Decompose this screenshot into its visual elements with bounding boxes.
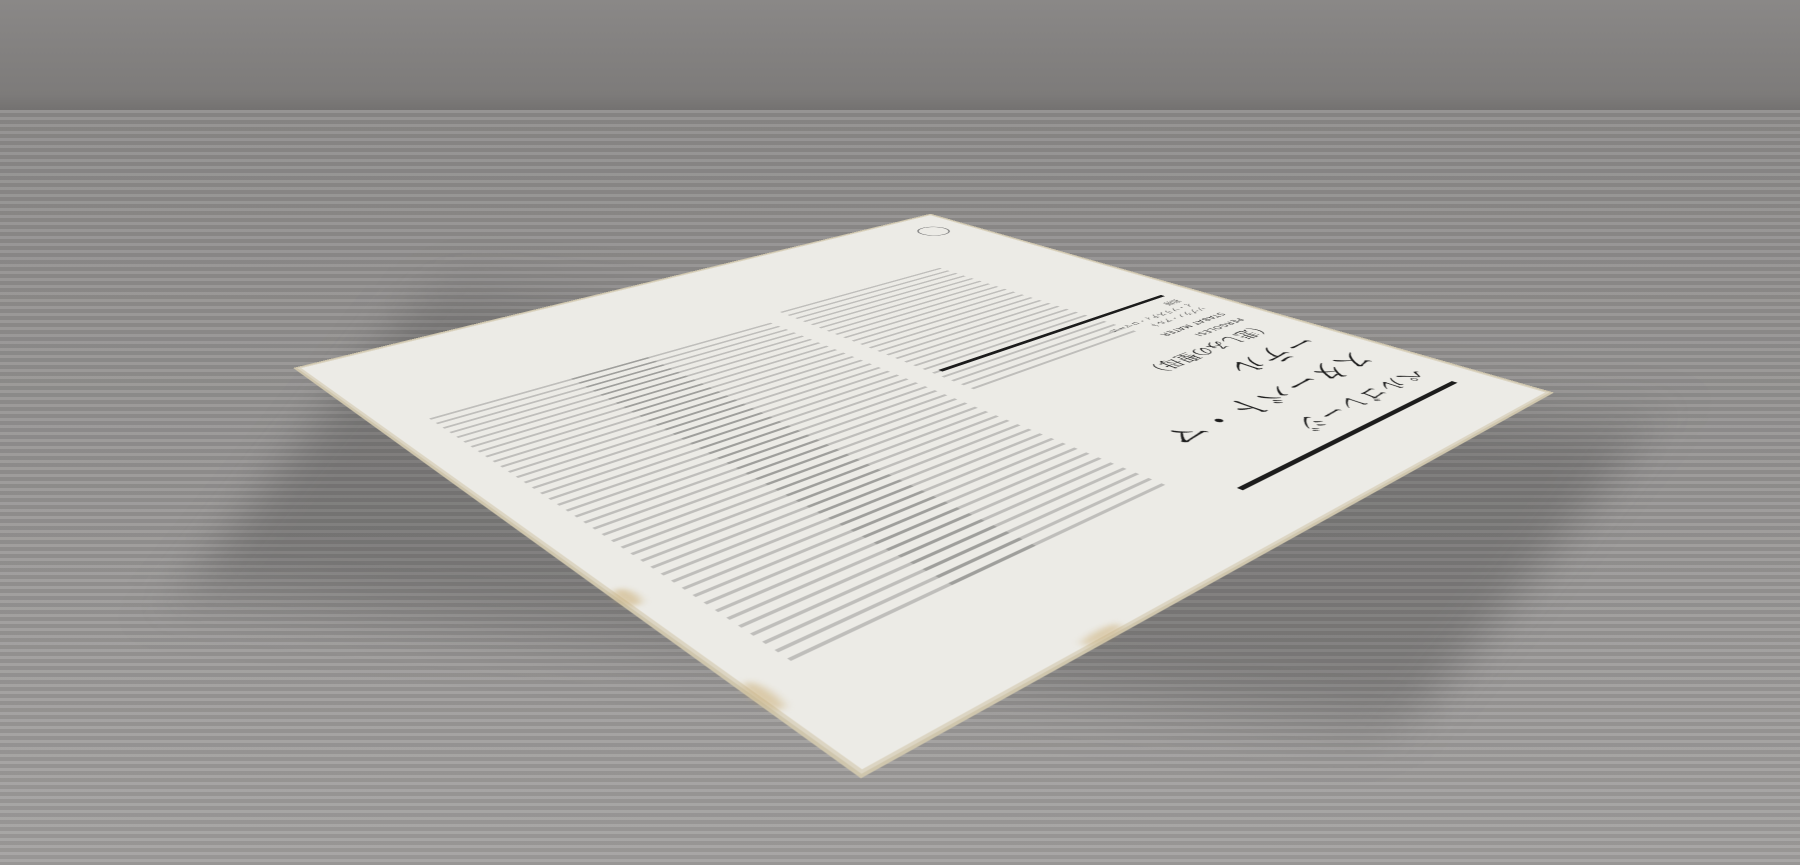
- label-logo-icon: [911, 225, 957, 238]
- lp-sleeve-back: ペルゴレージ スターバト・マーテル （悲しみの聖母） PERGOLESI STA…: [301, 215, 1545, 769]
- scene: ペルゴレージ スターバト・マーテル （悲しみの聖母） PERGOLESI STA…: [0, 0, 1800, 865]
- printed-content: ペルゴレージ スターバト・マーテル （悲しみの聖母） PERGOLESI STA…: [301, 215, 1545, 769]
